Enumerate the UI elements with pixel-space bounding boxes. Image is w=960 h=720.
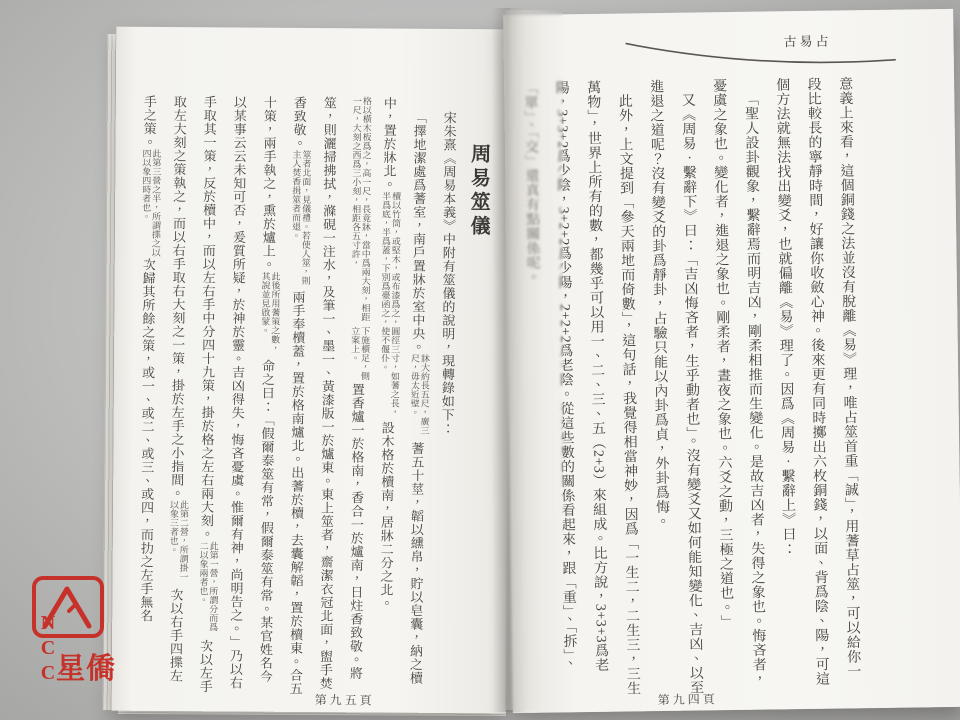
body-text: 設木格於櫝南，居牀二分之北。 (378, 421, 394, 610)
spine-blur-overlay (505, 10, 563, 710)
interlinear-note: 此後所用蓍策之數，其說並見啟蒙。 (260, 271, 281, 359)
section-title: 周易筮儀 (460, 97, 494, 697)
right-page-number: 第九四頁 (623, 690, 753, 709)
book-photo: 周易筮儀 宋朱熹《周易本義》中附有筮儀的說明，現轉錄如下：「擇地潔處爲蓍室，南戶… (0, 0, 960, 720)
interlinear-note: 此第一營，所謂分而爲二以象兩者也。 (198, 541, 219, 640)
body-text: 「擇地潔處爲蓍室，南戶置牀於室中央。 (410, 111, 427, 354)
paragraph: 「擇地潔處爲蓍室，南戶置牀於室中央。牀大約長五尺，廣三尺，毋太近壁。蓍五十莖，韜… (130, 95, 434, 697)
interlinear-note: 格以橫木板爲之，高一尺，長竟牀，當中爲兩大刻，相距一尺，大刻之西爲三小刻，相距各… (350, 96, 372, 326)
interlinear-note: 筮者北面，見儀禮。若使人筮，則主人焚香揖筮者而退。 (291, 150, 312, 291)
paragraph: 宋朱熹《周易本義》中附有筮儀的說明，現轉錄如下： (430, 97, 464, 697)
body-text: 「聖人設卦觀象，繫辭焉而明吉凶，剛柔相推而生變化。是故吉凶者，失得之象也。悔吝者… (711, 78, 766, 686)
body-text: 意義上來看，這個銅錢之法並沒有脫離《易》理，唯占筮首重「誠」，用蓍草占筮，可以給… (774, 76, 860, 686)
body-text: 次歸其所餘之策，或一、或二、或三、或四，而扐之左手無名 (138, 258, 156, 623)
right-page: 古易占 意義上來看，這個銅錢之法並沒有脫離《易》理，唯占筮首重「誠」，用蓍草占筮… (503, 9, 960, 713)
interlinear-note: 下施橫足，側立案上。 (350, 326, 370, 383)
paragraph: 又《周易．繫辭下》曰：「吉凶悔吝者，生乎動者也」。沒有變爻又如何能知變化、吉凶、… (640, 78, 712, 695)
body-text: 又《周易．繫辭下》曰：「吉凶悔吝者，生乎動者也」。沒有變爻又如何能知變化、吉凶、… (648, 79, 703, 695)
right-page-text: 意義上來看，這個銅錢之法並沒有脫離《易》理，唯占筮首重「誠」，用蓍草占筮，可以給… (510, 76, 869, 697)
interlinear-note: 櫝以竹筒，或堅木，或布漆爲之，圓徑三寸，如蓍之長，半爲底，半爲蓋，下別爲臺函之，… (380, 191, 402, 421)
watermark-logo: NCC 星僑 (28, 570, 128, 718)
body-text: 宋朱熹《周易本義》中附有筮儀的說明，現轉錄如下： (440, 111, 457, 435)
paragraph: 意義上來看，這個銅錢之法並沒有脫離《易》理，唯占筮首重「誠」，用蓍草占筮，可以給… (766, 76, 869, 693)
interlinear-note: 此第二營，所謂掛一以象三者也。 (168, 500, 189, 588)
running-head: 古易占 (783, 31, 831, 51)
interlinear-note: 此第三營之半，所謂揲之以四以象四時者也。 (141, 149, 162, 258)
header-rule-line (623, 20, 902, 80)
left-page: 周易筮儀 宋朱熹《周易本義》中附有筮儀的說明，現轉錄如下：「擇地潔處爲蓍室，南戶… (112, 27, 511, 714)
left-page-text: 周易筮儀 宋朱熹《周易本義》中附有筮儀的說明，現轉錄如下：「擇地潔處爲蓍室，南戶… (122, 95, 494, 698)
watermark-name: 星僑 (56, 646, 116, 687)
paragraph: 「聖人設卦觀象，繫辭焉而明吉凶，剛柔相推而生變化。是故吉凶者，失得之象也。悔吝者… (703, 78, 775, 695)
left-page-number: 第九五頁 (280, 691, 410, 709)
interlinear-note: 牀大約長五尺，廣三尺，毋太近壁。 (409, 354, 430, 442)
